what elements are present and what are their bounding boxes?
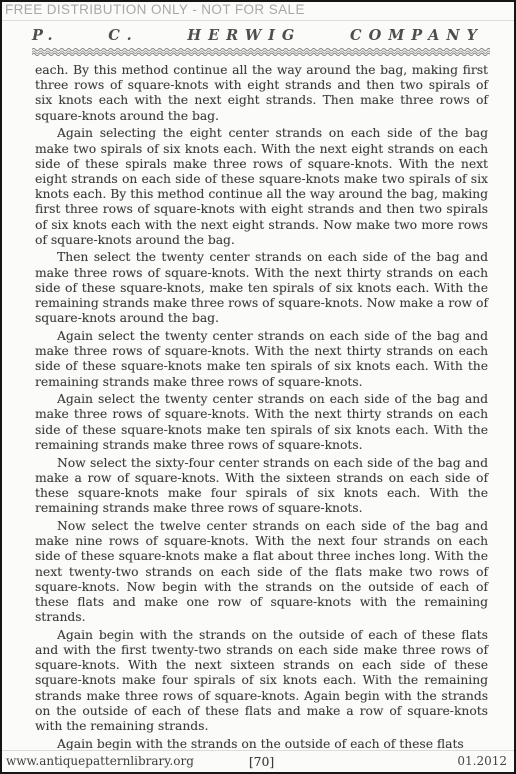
company-name-company: COMPANY xyxy=(350,27,484,44)
archive-date: 01.2012 xyxy=(457,754,507,768)
archive-url: www.antiquepatternlibrary.org xyxy=(6,754,194,768)
archive-footer: www.antiquepatternlibrary.org 01.2012 xyxy=(2,750,514,772)
page-body: each. By this method continue all the wa… xyxy=(35,63,488,770)
distribution-banner-text: FREE DISTRIBUTION ONLY - NOT FOR SALE xyxy=(5,2,305,17)
body-paragraph: each. By this method continue all the wa… xyxy=(35,63,488,124)
scanned-document-page: FREE DISTRIBUTION ONLY - NOT FOR SALE P.… xyxy=(0,0,516,774)
company-initial-c: C. xyxy=(108,27,138,44)
body-paragraph: Again select the twenty center strands o… xyxy=(35,329,488,390)
body-paragraph: Then select the twenty center strands on… xyxy=(35,250,488,326)
company-header: P. C. HERWIG COMPANY xyxy=(32,27,484,44)
company-name-herwig: HERWIG xyxy=(187,27,301,44)
wavy-rule-divider xyxy=(32,47,490,56)
body-paragraph: Again begin with the strands on the outs… xyxy=(35,628,488,734)
distribution-banner: FREE DISTRIBUTION ONLY - NOT FOR SALE xyxy=(2,2,514,21)
company-initial-p: P. xyxy=(32,27,60,44)
body-paragraph: Now select the sixty-four center strands… xyxy=(35,456,488,517)
body-paragraph: Again select the twenty center strands o… xyxy=(35,392,488,453)
body-paragraph: Now select the twelve center strands on … xyxy=(35,519,488,625)
body-paragraph: Again selecting the eight center strands… xyxy=(35,126,488,248)
